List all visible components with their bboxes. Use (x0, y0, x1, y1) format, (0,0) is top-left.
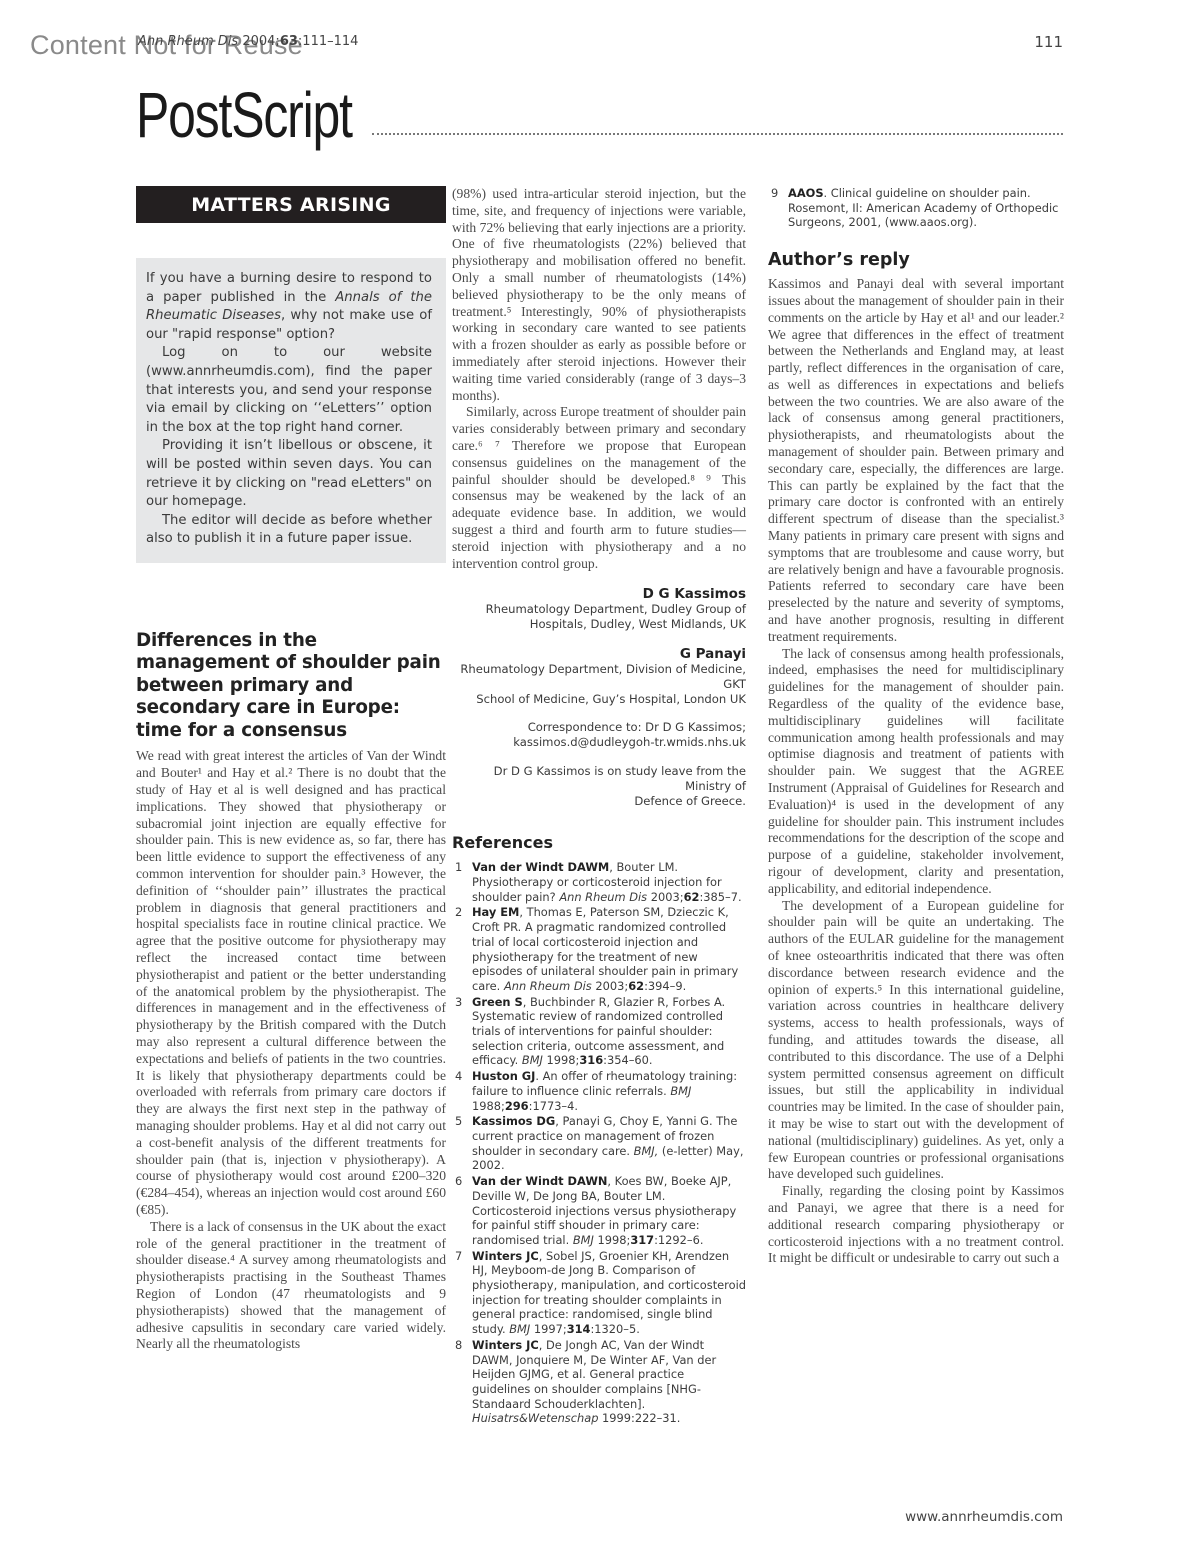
section-title: PostScript (136, 78, 352, 152)
correspondence: Correspondence to: Dr D G Kassimos; (452, 720, 746, 735)
article-body-col2: (98%) used intra-articular steroid injec… (452, 186, 746, 572)
body-paragraph: Kassimos and Panayi deal with several im… (768, 276, 1064, 646)
author-name: D G Kassimos (452, 586, 746, 602)
author-affiliation: School of Medicine, Guy’s Hospital, Lond… (452, 692, 746, 707)
reference-item: 9AAOS. Clinical guideline on shoulder pa… (768, 186, 1064, 230)
reference-list-continued: 9AAOS. Clinical guideline on shoulder pa… (768, 186, 1064, 230)
body-paragraph: Similarly, across Europe treatment of sh… (452, 404, 746, 572)
body-paragraph: There is a lack of consensus in the UK a… (136, 1219, 446, 1353)
author-affiliation: Rheumatology Department, Dudley Group of (452, 602, 746, 617)
body-paragraph: The lack of consensus among health profe… (768, 646, 1064, 898)
body-paragraph: Finally, regarding the closing point by … (768, 1183, 1064, 1267)
reference-item: 5Kassimos DG, Panayi G, Choy E, Yanni G.… (452, 1114, 746, 1173)
references-heading: References (452, 833, 746, 852)
box-paragraph: The editor will decide as before whether… (146, 512, 432, 549)
column-1: MATTERS ARISING If you have a burning de… (136, 186, 446, 1353)
running-head: Ann Rheum Dis 2004;63:111–114 (138, 34, 358, 49)
box-paragraph: Log on to our website (www.annrheumdis.c… (146, 344, 432, 437)
author-note: Dr D G Kassimos is on study leave from t… (452, 764, 746, 794)
matters-arising-banner: MATTERS ARISING (136, 186, 446, 223)
reference-item: 2Hay EM, Thomas E, Paterson SM, Dzieczic… (452, 905, 746, 993)
author-note: Defence of Greece. (452, 794, 746, 809)
footer-url[interactable]: www.annrheumdis.com (905, 1509, 1063, 1525)
author-affiliation: Hospitals, Dudley, West Midlands, UK (452, 617, 746, 632)
reference-item: 4Huston GJ. An offer of rheumatology tra… (452, 1069, 746, 1113)
reference-item: 8Winters JC, De Jongh AC, Van der Windt … (452, 1338, 746, 1426)
authors-reply-heading: Author’s reply (768, 250, 1064, 270)
body-paragraph: The development of a European guideline … (768, 898, 1064, 1184)
page-number: 111 (1034, 33, 1063, 51)
reference-item: 7Winters JC, Sobel JS, Groenier KH, Aren… (452, 1249, 746, 1337)
reference-item: 1Van der Windt DAWM, Bouter LM. Physioth… (452, 860, 746, 904)
column-3: 9AAOS. Clinical guideline on shoulder pa… (768, 186, 1064, 1267)
authors-reply-body: Kassimos and Panayi deal with several im… (768, 276, 1064, 1267)
signature-block: D G Kassimos Rheumatology Department, Du… (452, 586, 746, 809)
article-title: Differences in the management of shoulde… (136, 630, 446, 743)
author-name: G Panayi (452, 646, 746, 662)
box-paragraph: If you have a burning desire to respond … (146, 270, 432, 344)
box-paragraph: Providing it isn’t libellous or obscene,… (146, 437, 432, 511)
journal-name: Ann Rheum Dis (138, 34, 238, 49)
rapid-response-box: If you have a burning desire to respond … (136, 258, 446, 563)
article-body-col1: We read with great interest the articles… (136, 748, 446, 1353)
author-affiliation: Rheumatology Department, Division of Med… (452, 662, 746, 692)
reference-list: 1Van der Windt DAWM, Bouter LM. Physioth… (452, 860, 746, 1426)
body-paragraph: (98%) used intra-articular steroid injec… (452, 186, 746, 404)
dotted-title-rule (372, 133, 1063, 135)
body-paragraph: We read with great interest the articles… (136, 748, 446, 1218)
reference-item: 3Green S, Buchbinder R, Glazier R, Forbe… (452, 995, 746, 1069)
correspondence-email[interactable]: kassimos.d@dudleygoh-tr.wmids.nhs.uk (452, 735, 746, 750)
reference-item: 6Van der Windt DAWN, Koes BW, Boeke AJP,… (452, 1174, 746, 1248)
column-2: (98%) used intra-articular steroid injec… (452, 186, 746, 1427)
